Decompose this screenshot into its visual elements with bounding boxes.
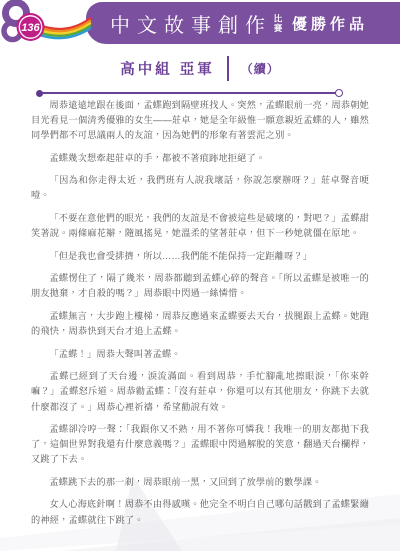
header-banner: 中文故事創作 比賽 優勝作品 (86, 2, 400, 44)
winning-works-label: 優勝作品 (292, 13, 368, 34)
story-paragraph: 「但是我也會受排擠，所以……我們能不能保持一定距離呀？」 (31, 249, 369, 264)
story-paragraph: 周恭遠遠地跟在後面，孟蝶跑到隔壁班找人。突然，孟蝶眼前一亮，周恭朝她目光看見一個… (31, 98, 369, 143)
story-paragraph: 孟蝶卻冷哼一聲：「我跟你又不熟，用不著你可憐我！我唯一的朋友都拋下我了，這個世界… (31, 422, 369, 467)
story-paragraph: 「因為和你走得太近，我們班有人說我壞話，你說怎麼辦呀？」莊卓聲音哽噎。 (31, 173, 369, 203)
divider-rule (36, 89, 343, 98)
story-paragraph: 「孟蝶！」周恭大聲叫著孟蝶。 (31, 347, 369, 362)
series-title: 中文故事創作 (110, 9, 272, 38)
vertical-divider-icon (227, 56, 229, 81)
section-title: 高中組 亞軍 （續） (0, 56, 400, 81)
story-paragraph: 孟蝶愣住了，隔了幾米，周恭都聽到孟蝶心碎的聲音。「所以孟蝶是被唯一的朋友拋棄，才… (31, 271, 369, 301)
continued-label: （續） (241, 60, 280, 77)
story-body: 周恭遠遠地跟在後面，孟蝶跑到隔壁班找人。突然，孟蝶眼前一亮，周恭朝她目光看見一個… (31, 98, 369, 535)
page-number-badge: 136 (17, 13, 45, 41)
group-award-label: 高中組 亞軍 (120, 58, 215, 79)
divider-line (39, 92, 337, 94)
divider-ring-right-icon (335, 89, 343, 97)
story-paragraph: 孟蝶幾次想牽起莊卓的手，都被不著痕跡地拒絕了。 (31, 151, 369, 166)
story-paragraph: 孟蝶已經到了天台邊，淚流滿面。看到周恭，手忙腳亂地擦眼淚，「你來幹嘛？」孟蝶怒斥… (31, 369, 369, 414)
rainbow-icon (38, 19, 90, 39)
story-paragraph: 「不要在意他們的眼光，我們的友誼是不會被這些是破壞的，對吧？」孟蝶甜笑著說。兩條… (31, 211, 369, 241)
series-title-suffix: 比賽 (273, 14, 283, 36)
story-paragraph: 孟蝶無言，大步跑上樓梯，周恭反應過來孟蝶要去天台，拔腿跟上孟蝶。她跑的飛快，周恭… (31, 309, 369, 339)
page-number: 136 (21, 22, 40, 34)
story-paragraph: 孟蝶跳下去的那一剎，周恭眼前一黑，又回到了放學前的數學課。 (31, 475, 369, 490)
divider-dot-left-icon (36, 90, 43, 97)
logo-graphic: 136 (0, 0, 110, 50)
story-paragraph: 女人心海底針啊！周恭不由得感嘆。他完全不明白自己哪句話戳到了孟蝶緊繃的神經，孟蝶… (31, 497, 369, 527)
book-page: 中文故事創作 比賽 優勝作品 136 高中組 亞軍 (0, 0, 400, 551)
